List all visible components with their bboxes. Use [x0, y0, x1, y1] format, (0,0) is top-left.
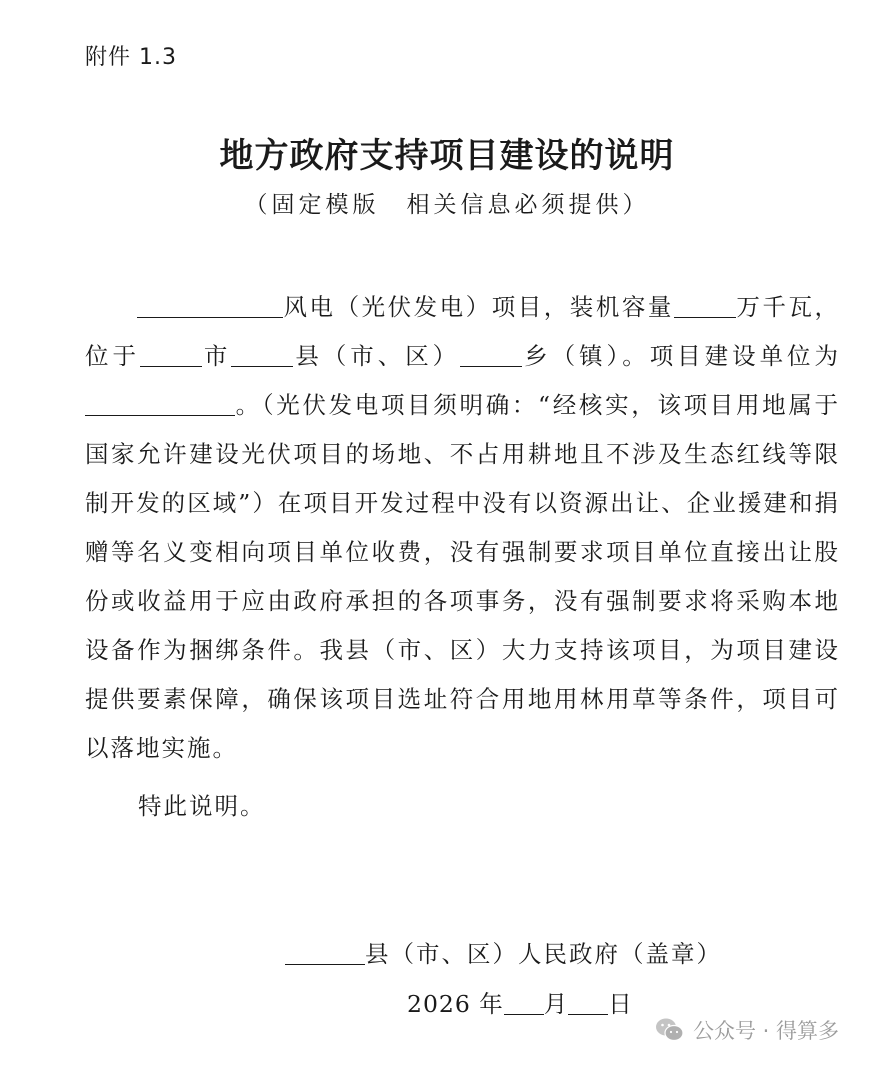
township-blank: [460, 338, 522, 367]
text-segment: 县（市、区）: [293, 342, 460, 370]
document-title: 地方政府支持项目建设的说明: [0, 128, 894, 177]
capacity-blank: [674, 289, 736, 318]
text-segment: 乡（镇）。项目建设单位为: [522, 342, 840, 370]
date-month: 月: [544, 990, 569, 1018]
body-paragraph: 风电（光伏发电）项目，装机容量万千瓦，位于市县（市、区）乡（镇）。项目建设单位为…: [85, 283, 840, 773]
project-name-blank: [137, 289, 283, 318]
county-blank: [231, 338, 293, 367]
date-line: 2026 年月日: [407, 985, 633, 1019]
annex-label: 附件 1.3: [85, 40, 177, 71]
text-segment: 风电（光伏发电）项目，装机容量: [283, 293, 674, 321]
county-name-blank: [285, 936, 365, 965]
date-day: 日: [608, 990, 633, 1018]
date-year: 2026 年: [407, 990, 504, 1018]
signature-line: 县（市、区）人民政府（盖章）: [285, 935, 722, 969]
city-blank: [140, 338, 202, 367]
document-subtitle: （固定模版 相关信息必须提供）: [0, 186, 894, 219]
watermark-text: 公众号 · 得算多: [693, 1015, 839, 1045]
text-segment: 市: [202, 342, 231, 370]
watermark: 公众号 · 得算多: [655, 1015, 839, 1045]
text-segment: 。（光伏发电项目须明确：“经核实，该项目用地属于国家允许建设光伏项目的场地、不占…: [85, 391, 840, 762]
signature-text: 县（市、区）人民政府（盖章）: [365, 940, 722, 968]
day-blank: [568, 986, 608, 1015]
closing-text: 特此说明。: [138, 787, 266, 821]
wechat-icon: [655, 1017, 685, 1043]
month-blank: [504, 986, 544, 1015]
construction-unit-blank: [85, 387, 235, 416]
